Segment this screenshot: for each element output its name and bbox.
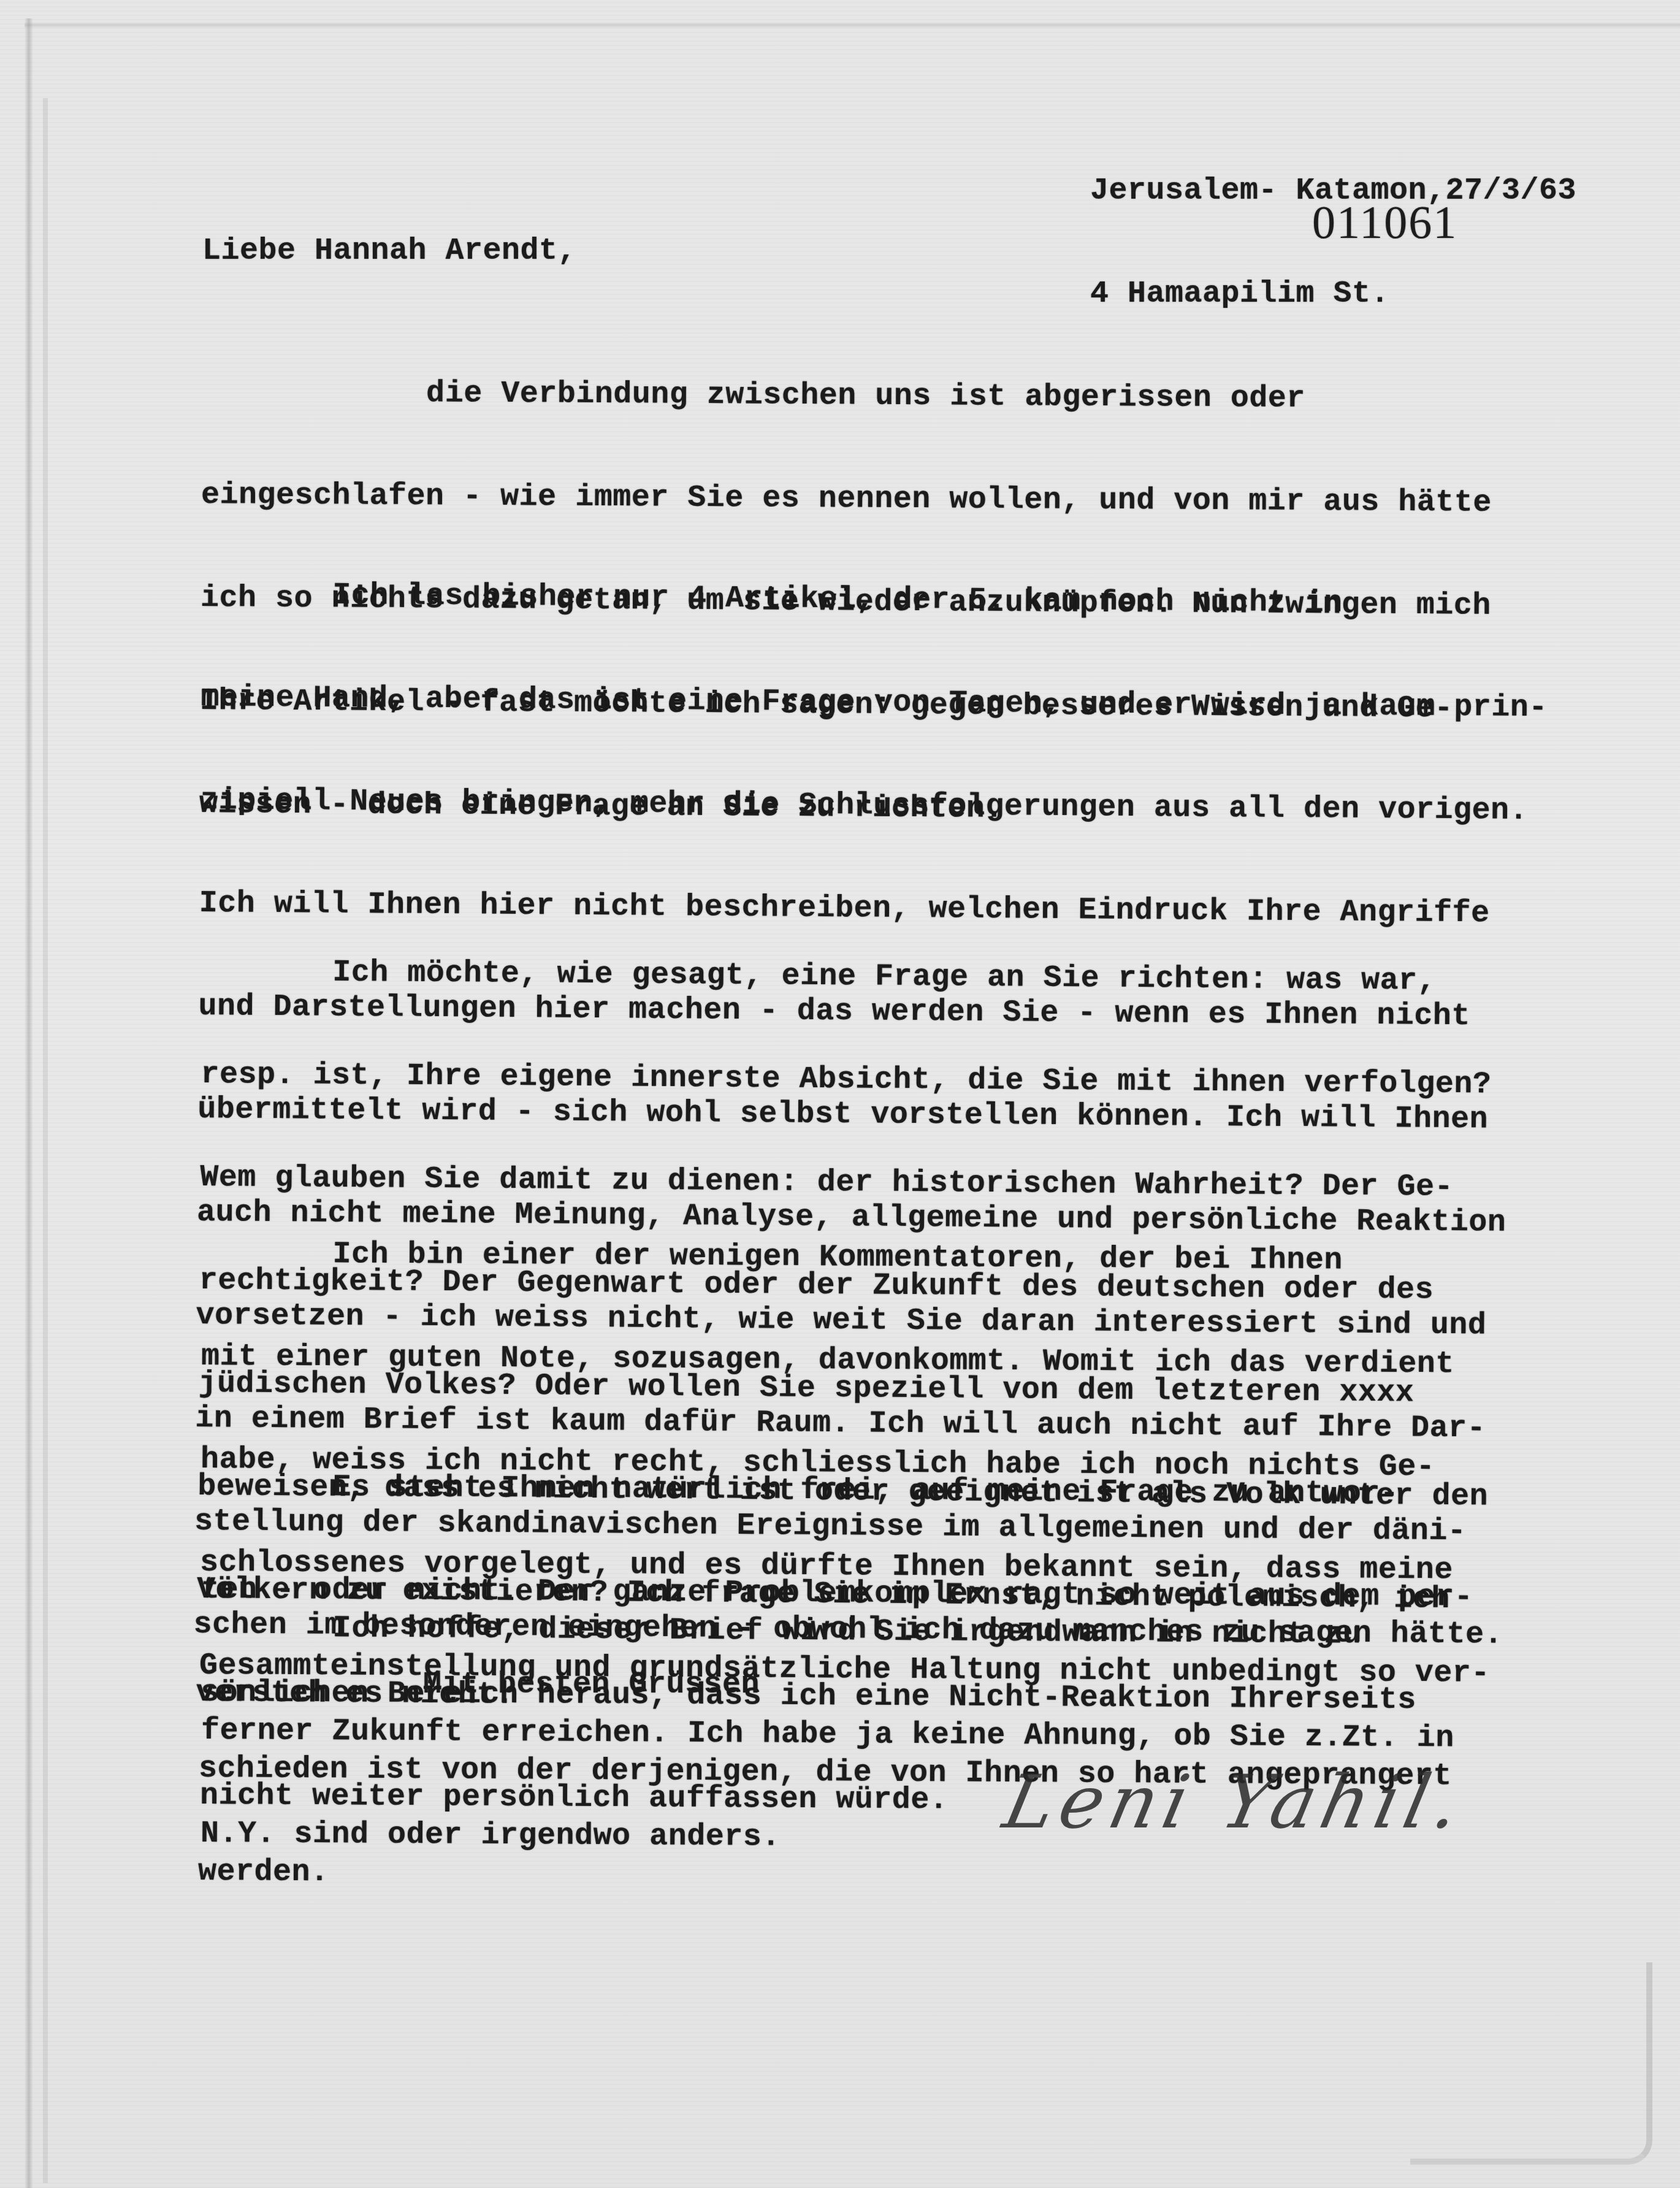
scanned-letter-page: Jerusalem- Katamon,27/3/63 4 Hamaapilim … — [0, 0, 1680, 2188]
salutation: Liebe Hannah Arendt, — [202, 234, 576, 269]
sender-address: 4 Hamaapilim St. — [1090, 277, 1576, 312]
text-line: ferner Zukunft erreichen. Ich habe ja ke… — [201, 1714, 1454, 1756]
page-edge-top — [25, 22, 1680, 28]
handwritten-signature: Leni Yahil. — [996, 1760, 1473, 1845]
text-line: Es steht Ihnen natürlich frei, auf meine… — [202, 1470, 1474, 1512]
text-line: zipiell Neues bringen, mehr die Schlussf… — [200, 784, 1547, 828]
text-line: meine Hand, aber das ist eine Frage von … — [200, 681, 1548, 725]
archive-number: 011061 — [1312, 196, 1457, 250]
page-edge-bottom-right — [1410, 1962, 1652, 2165]
page-edge-left-shadow — [43, 98, 48, 2183]
closing-greeting: Mit besten Grüssen — [423, 1668, 760, 1702]
text-line: Ich hoffe, dieser Brief wird Sie irgendw… — [202, 1611, 1455, 1653]
text-line: Ich las bisher nur 4 Artikel, der 5. kam… — [202, 578, 1549, 622]
text-line: Ich möchte, wie gesagt, eine Frage an Si… — [202, 955, 1492, 1000]
page-edge-left — [25, 18, 33, 2188]
text-line: mit einer guten Note, sozusagen, davonko… — [201, 1340, 1492, 1382]
text-line: resp. ist, Ihre eigene innerste Absicht,… — [200, 1058, 1491, 1103]
text-line: Ich bin einer der wenigen Kommentatoren,… — [202, 1237, 1492, 1279]
paragraph-6: Ich hoffe, dieser Brief wird Sie irgendw… — [200, 1542, 1456, 1927]
text-line: die Verbindung zwischen uns ist abgeriss… — [202, 375, 1492, 418]
